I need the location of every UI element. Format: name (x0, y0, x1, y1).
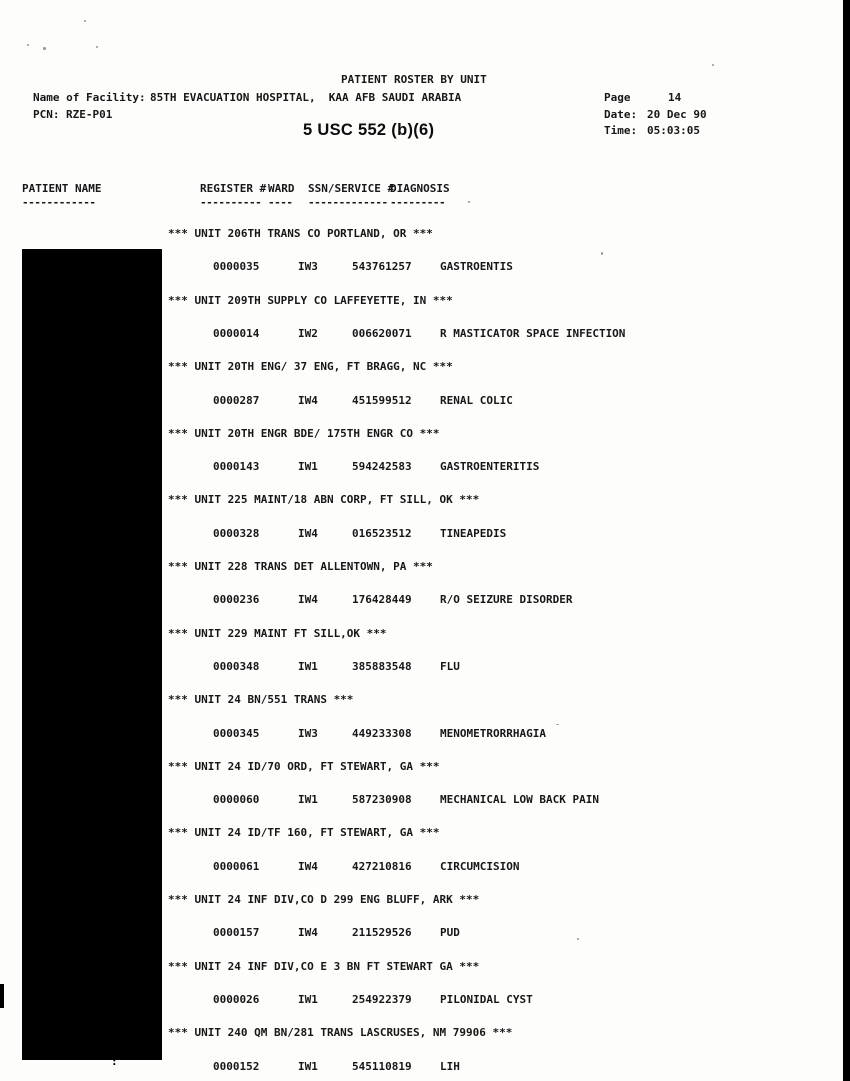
unit-header-text: *** UNIT 20TH ENG/ 37 ENG, FT BRAGG, NC … (168, 360, 453, 373)
col-header-diagnosis: DIAGNOSIS (390, 182, 450, 195)
cell-diagnosis: RENAL COLIC (440, 394, 513, 407)
cell-register: 0000152 (213, 1060, 259, 1073)
date-label: Date: (604, 108, 637, 121)
cell-ssn: 543761257 (352, 260, 412, 273)
cell-register: 0000060 (213, 793, 259, 806)
cell-register: 0000287 (213, 394, 259, 407)
cell-diagnosis: R MASTICATOR SPACE INFECTION (440, 327, 625, 340)
date-value: 20 Dec 90 (647, 108, 707, 121)
pcn-label: PCN: (33, 108, 60, 121)
cell-register: 0000026 (213, 993, 259, 1006)
unit-header-text: *** UNIT 24 ID/70 ORD, FT STEWART, GA **… (168, 760, 440, 773)
cell-ward: IW1 (298, 793, 318, 806)
cell-ward: IW4 (298, 593, 318, 606)
cell-diagnosis: GASTROENTERITIS (440, 460, 539, 473)
cell-ssn: 594242583 (352, 460, 412, 473)
cell-ssn: 211529526 (352, 926, 412, 939)
cell-ward: IW4 (298, 394, 318, 407)
col-underline: ---------- (200, 196, 261, 209)
cell-ward: IW4 (298, 527, 318, 540)
cell-register: 0000014 (213, 327, 259, 340)
cell-ssn: 006620071 (352, 327, 412, 340)
scan-speckle (556, 724, 559, 725)
cell-register: 0000328 (213, 527, 259, 540)
unit-header-text: *** UNIT 24 INF DIV,CO D 299 ENG BLUFF, … (168, 893, 479, 906)
unit-header-text: *** UNIT 24 BN/551 TRANS *** (168, 693, 353, 706)
cell-diagnosis: MENOMETRORRHAGIA (440, 727, 546, 740)
redaction-box (22, 249, 162, 1060)
unit-header-text: *** UNIT 240 QM BN/281 TRANS LASCRUSES, … (168, 1026, 512, 1039)
cell-diagnosis: FLU (440, 660, 460, 673)
scan-mark-left (0, 984, 4, 1008)
cell-ssn: 451599512 (352, 394, 412, 407)
cell-ward: IW2 (298, 327, 318, 340)
unit-header-text: *** UNIT 24 INF DIV,CO E 3 BN FT STEWART… (168, 960, 479, 973)
cell-register: 0000143 (213, 460, 259, 473)
cell-ssn: 545110819 (352, 1060, 412, 1073)
stray-mark: : (111, 1055, 118, 1068)
col-header-ssn: SSN/SERVICE # (308, 182, 394, 195)
time-label: Time: (604, 124, 637, 137)
cell-register: 0000061 (213, 860, 259, 873)
cell-ssn: 449233308 (352, 727, 412, 740)
scanned-document-page: PATIENT ROSTER BY UNIT Name of Facility:… (0, 0, 850, 1081)
cell-diagnosis: PILONIDAL CYST (440, 993, 533, 1006)
col-underline: ------------- (308, 196, 388, 209)
cell-ssn: 385883548 (352, 660, 412, 673)
patient-row: 0000152IW1545110819LIH (0, 1060, 850, 1074)
cell-register: 0000345 (213, 727, 259, 740)
cell-ssn: 427210816 (352, 860, 412, 873)
scan-speckle (96, 46, 98, 48)
scan-speckle (601, 252, 603, 255)
cell-ward: IW1 (298, 660, 318, 673)
cell-register: 0000157 (213, 926, 259, 939)
cell-ssn: 254922379 (352, 993, 412, 1006)
report-title: PATIENT ROSTER BY UNIT (341, 73, 487, 86)
col-header-ward: WARD (268, 182, 295, 195)
facility-label: Name of Facility: (33, 91, 146, 104)
cell-register: 0000348 (213, 660, 259, 673)
unit-header-row: *** UNIT 206TH TRANS CO PORTLAND, OR *** (0, 227, 850, 241)
cell-ssn: 587230908 (352, 793, 412, 806)
unit-header-text: *** UNIT 20TH ENGR BDE/ 175TH ENGR CO **… (168, 427, 440, 440)
pcn-value: RZE-P01 (66, 108, 112, 121)
unit-header-text: *** UNIT 24 ID/TF 160, FT STEWART, GA **… (168, 826, 440, 839)
cell-ward: IW3 (298, 260, 318, 273)
cell-ward: IW4 (298, 926, 318, 939)
cell-ward: IW1 (298, 993, 318, 1006)
unit-header-text: *** UNIT 209TH SUPPLY CO LAFFEYETTE, IN … (168, 294, 453, 307)
unit-header-text: *** UNIT 229 MAINT FT SILL,OK *** (168, 627, 387, 640)
scan-speckle (84, 20, 86, 22)
cell-diagnosis: TINEAPEDIS (440, 527, 506, 540)
scan-speckle (27, 44, 29, 46)
cell-ward: IW1 (298, 1060, 318, 1073)
cell-register: 0000035 (213, 260, 259, 273)
unit-header-text: *** UNIT 206TH TRANS CO PORTLAND, OR *** (168, 227, 433, 240)
cell-diagnosis: PUD (440, 926, 460, 939)
scan-speckle (468, 201, 470, 203)
page-label: Page (604, 91, 631, 104)
page-number: 14 (668, 91, 681, 104)
facility-value: 85TH EVACUATION HOSPITAL, KAA AFB SAUDI … (150, 91, 461, 104)
foia-exemption-stamp: 5 USC 552 (b)(6) (303, 124, 434, 137)
col-header-patient-name: PATIENT NAME (22, 182, 101, 195)
cell-register: 0000236 (213, 593, 259, 606)
cell-ssn: 176428449 (352, 593, 412, 606)
unit-header-text: *** UNIT 225 MAINT/18 ABN CORP, FT SILL,… (168, 493, 479, 506)
cell-diagnosis: CIRCUMCISION (440, 860, 519, 873)
unit-header-text: *** UNIT 228 TRANS DET ALLENTOWN, PA *** (168, 560, 433, 573)
col-underline: ---- (268, 196, 293, 209)
cell-ssn: 016523512 (352, 527, 412, 540)
time-value: 05:03:05 (647, 124, 700, 137)
cell-ward: IW3 (298, 727, 318, 740)
cell-diagnosis: MECHANICAL LOW BACK PAIN (440, 793, 599, 806)
col-header-register: REGISTER # (200, 182, 266, 195)
col-underline: --------- (390, 196, 445, 209)
cell-diagnosis: R/O SEIZURE DISORDER (440, 593, 572, 606)
scan-edge-artifact (843, 0, 850, 1081)
scan-speckle (712, 64, 714, 66)
cell-ward: IW4 (298, 860, 318, 873)
cell-ward: IW1 (298, 460, 318, 473)
col-underline: ------------ (22, 196, 95, 209)
scan-speckle (43, 47, 46, 50)
cell-diagnosis: GASTROENTIS (440, 260, 513, 273)
cell-diagnosis: LIH (440, 1060, 460, 1073)
